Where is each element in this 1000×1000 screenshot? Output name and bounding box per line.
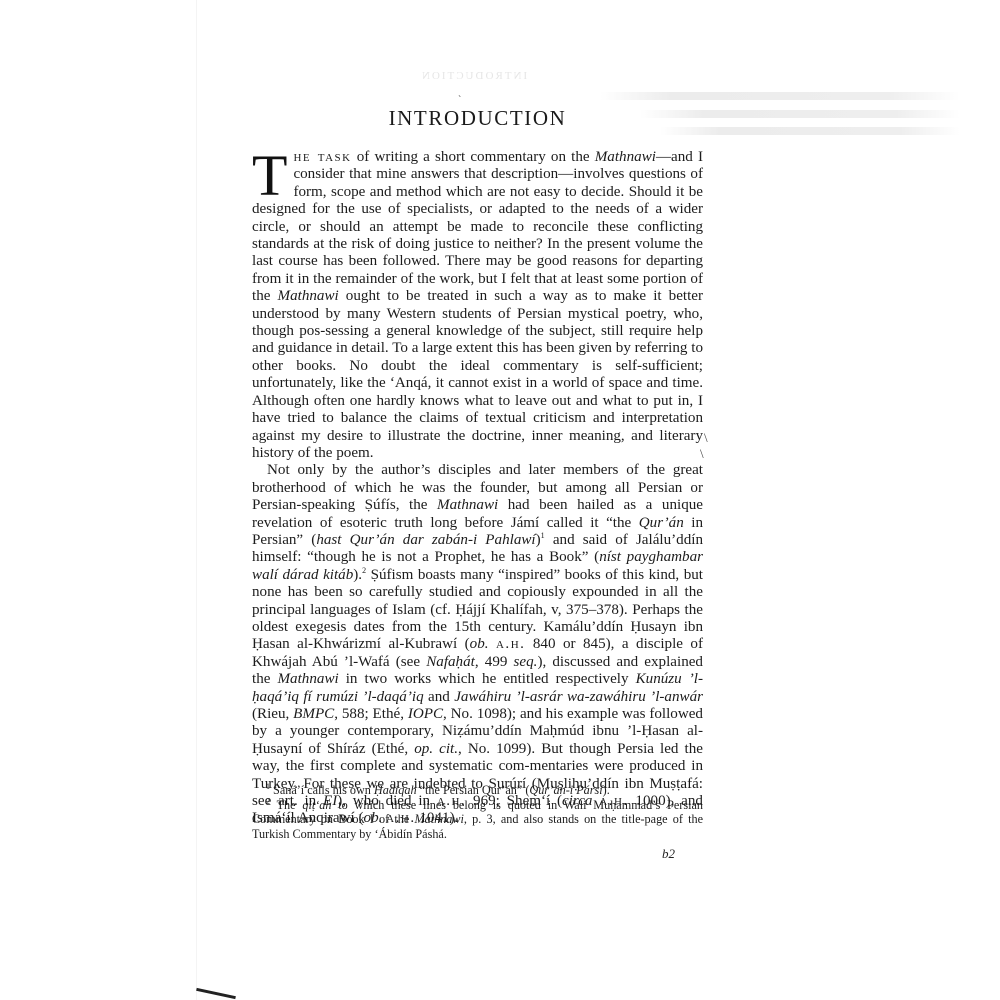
italic-term: Mathnawi [595,149,656,165]
scan-artifact [196,988,236,999]
italic-term: Nafaḥát [426,654,475,670]
italic-term: níst payghambar walí dárad kitáb [252,549,703,582]
gutter-shadow [196,0,197,1000]
stray-mark: ` [458,95,461,106]
footnote-ref: 2 [362,566,366,575]
footnote-ref: 1 [541,531,545,540]
italic-term: Mathnawi [437,497,498,513]
bleed-through-line [600,92,960,100]
footnotes: 1 Saná’í calls his own Ḥadíqah “the Pers… [252,783,703,841]
footnote: 2 The qiṭ‘ah to which these lines belong… [252,798,703,842]
signature-mark: b2 [662,846,675,862]
page-title: INTRODUCTION [252,106,703,131]
italic-term: Mathnawi [278,288,339,304]
italic-term: seq. [514,654,538,670]
italic-term: ob. [470,636,489,652]
footnote-number: 1 [266,782,270,791]
paragraph: THE TASK of writing a short commentary o… [252,149,703,462]
bleed-through-line [660,127,960,135]
italic-term: Ḥadíqah [374,783,417,797]
italic-term: Qur’án-i Pársí [529,783,602,797]
footnote-number: 2 [266,797,270,806]
italic-term: Jawáhiru ’l-asrár wa-zawáhiru ’l-anwár [454,689,703,705]
era-abbrev: A.H. [496,636,525,652]
lead-in-smallcaps: HE TASK [293,149,351,165]
margin-mark: \ [704,430,708,446]
margin-mark: \ [700,446,704,462]
paragraph: Not only by the author’s disciples and l… [252,462,703,828]
italic-term: Qur’án [639,515,684,531]
body-text: THE TASK of writing a short commentary o… [252,149,703,828]
italic-term: hast Qur’án dar zabán-i Pahlawí [316,532,535,548]
italic-term: IOPC [408,706,443,722]
footnote: 1 Saná’í calls his own Ḥadíqah “the Pers… [252,783,703,798]
drop-cap: T [252,152,287,200]
italic-term: Mathnawi [277,671,338,687]
bleed-through-heading: INTRODUCTION [420,70,527,82]
italic-term: op. cit. [414,741,458,757]
italic-term: qiṭ‘ah [302,798,331,812]
book-page: INTRODUCTION ` INTRODUCTION THE TASK of … [0,0,1000,1000]
italic-term: Mathnawi [414,812,463,826]
italic-term: BMPC [293,706,334,722]
